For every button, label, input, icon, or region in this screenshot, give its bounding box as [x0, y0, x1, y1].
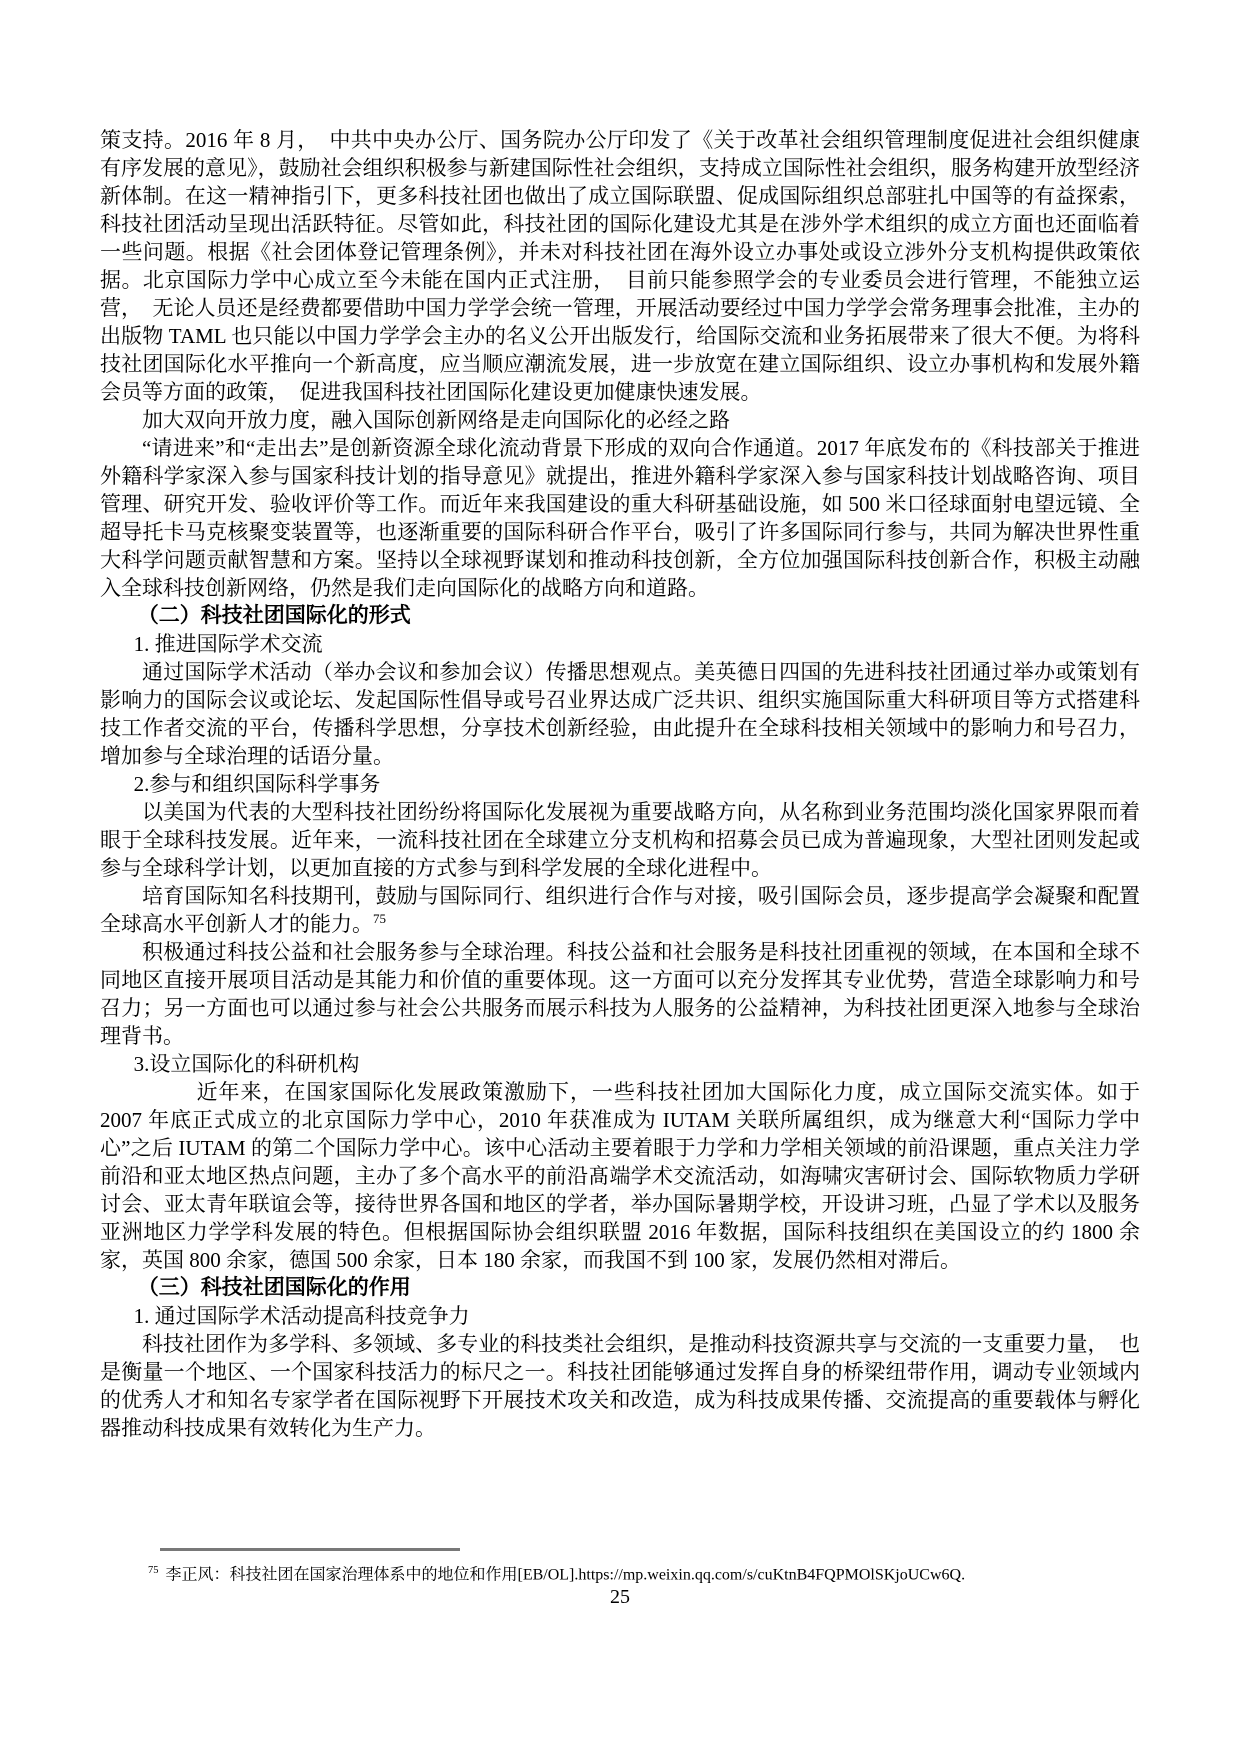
paragraph-text: 以美国为代表的大型科技社团纷纷将国际化发展视为重要战略方向，从名称到业务范围均淡… [100, 800, 1140, 880]
document-page: 策支持。2016 年 8 月， 中共中央办公厅、国务院办公厅印发了《关于改革社会… [0, 0, 1240, 1753]
paragraph-text: 策支持。2016 年 8 月， 中共中央办公厅、国务院办公厅印发了《关于改革社会… [100, 128, 1140, 404]
numbered-subheading: 2.参与和组织国际科学事务 [100, 770, 1140, 798]
numbered-subheading: 1. 推进国际学术交流 [100, 630, 1140, 658]
section-heading: （二）科技社团国际化的形式 [100, 602, 1140, 630]
paragraph-text: “请进来”和“走出去”是创新资源全球化流动背景下形成的双向合作通道。2017 年… [100, 436, 1140, 600]
footnote-area: 75李正风：科技社团在国家治理体系中的地位和作用[EB/OL].https://… [148, 1548, 1148, 1585]
numbered-subheading: 1. 通过国际学术活动提高科技竞争力 [100, 1302, 1140, 1330]
paragraph-text: 1. 通过国际学术活动提高科技竞争力 [134, 1304, 470, 1328]
footnote-text: 李正风：科技社团在国家治理体系中的地位和作用[EB/OL].https://mp… [166, 1566, 966, 1583]
footnote-reference: 75 [373, 911, 386, 926]
paragraph-text: （三）科技社团国际化的作用 [138, 1276, 411, 1299]
body-paragraph: 培育国际知名科技期刊，鼓励与国际同行、组织进行合作与对接，吸引国际会员，逐步提高… [100, 882, 1140, 938]
paragraph-text: 1. 推进国际学术交流 [134, 632, 323, 656]
paragraph-text: （二）科技社团国际化的形式 [138, 604, 411, 627]
paragraph-text: 加大双向开放力度，融入国际创新网络是走向国际化的必经之路 [142, 408, 730, 432]
paragraph-text: 积极通过科技公益和社会服务参与全球治理。科技公益和社会服务是科技社团重视的领域，… [100, 940, 1140, 1048]
body-paragraph: 近年来，在国家国际化发展政策激励下，一些科技社团加大国际化力度，成立国际交流实体… [100, 1078, 1140, 1274]
page-number: 25 [0, 1586, 1240, 1609]
body-paragraph: 通过国际学术活动（举办会议和参加会议）传播思想观点。美英德日四国的先进科技社团通… [100, 658, 1140, 770]
body-paragraph: 以美国为代表的大型科技社团纷纷将国际化发展视为重要战略方向，从名称到业务范围均淡… [100, 798, 1140, 882]
footnote: 75李正风：科技社团在国家治理体系中的地位和作用[EB/OL].https://… [148, 1560, 1148, 1585]
page-content: 策支持。2016 年 8 月， 中共中央办公厅、国务院办公厅印发了《关于改革社会… [100, 126, 1140, 1442]
body-paragraph: 加大双向开放力度，融入国际创新网络是走向国际化的必经之路 [100, 406, 1140, 434]
paragraph-text: 通过国际学术活动（举办会议和参加会议）传播思想观点。美英德日四国的先进科技社团通… [100, 660, 1140, 768]
paragraph-text: 科技社团作为多学科、多领域、多专业的科技类社会组织，是推动科技资源共享与交流的一… [100, 1332, 1140, 1440]
paragraph-text: 2.参与和组织国际科学事务 [134, 772, 381, 796]
paragraph-text: 近年来，在国家国际化发展政策激励下，一些科技社团加大国际化力度，成立国际交流实体… [100, 1080, 1140, 1272]
footnote-separator [160, 1548, 460, 1551]
body-paragraph: 科技社团作为多学科、多领域、多专业的科技类社会组织，是推动科技资源共享与交流的一… [100, 1330, 1140, 1442]
body-paragraph: “请进来”和“走出去”是创新资源全球化流动背景下形成的双向合作通道。2017 年… [100, 434, 1140, 602]
section-heading: （三）科技社团国际化的作用 [100, 1274, 1140, 1302]
paragraph-text: 3.设立国际化的科研机构 [134, 1052, 360, 1076]
footnote-marker: 75 [148, 1565, 159, 1576]
numbered-subheading: 3.设立国际化的科研机构 [100, 1050, 1140, 1078]
body-paragraph: 积极通过科技公益和社会服务参与全球治理。科技公益和社会服务是科技社团重视的领域，… [100, 938, 1140, 1050]
paragraph-text: 培育国际知名科技期刊，鼓励与国际同行、组织进行合作与对接，吸引国际会员，逐步提高… [100, 884, 1140, 936]
body-paragraph: 策支持。2016 年 8 月， 中共中央办公厅、国务院办公厅印发了《关于改革社会… [100, 126, 1140, 406]
